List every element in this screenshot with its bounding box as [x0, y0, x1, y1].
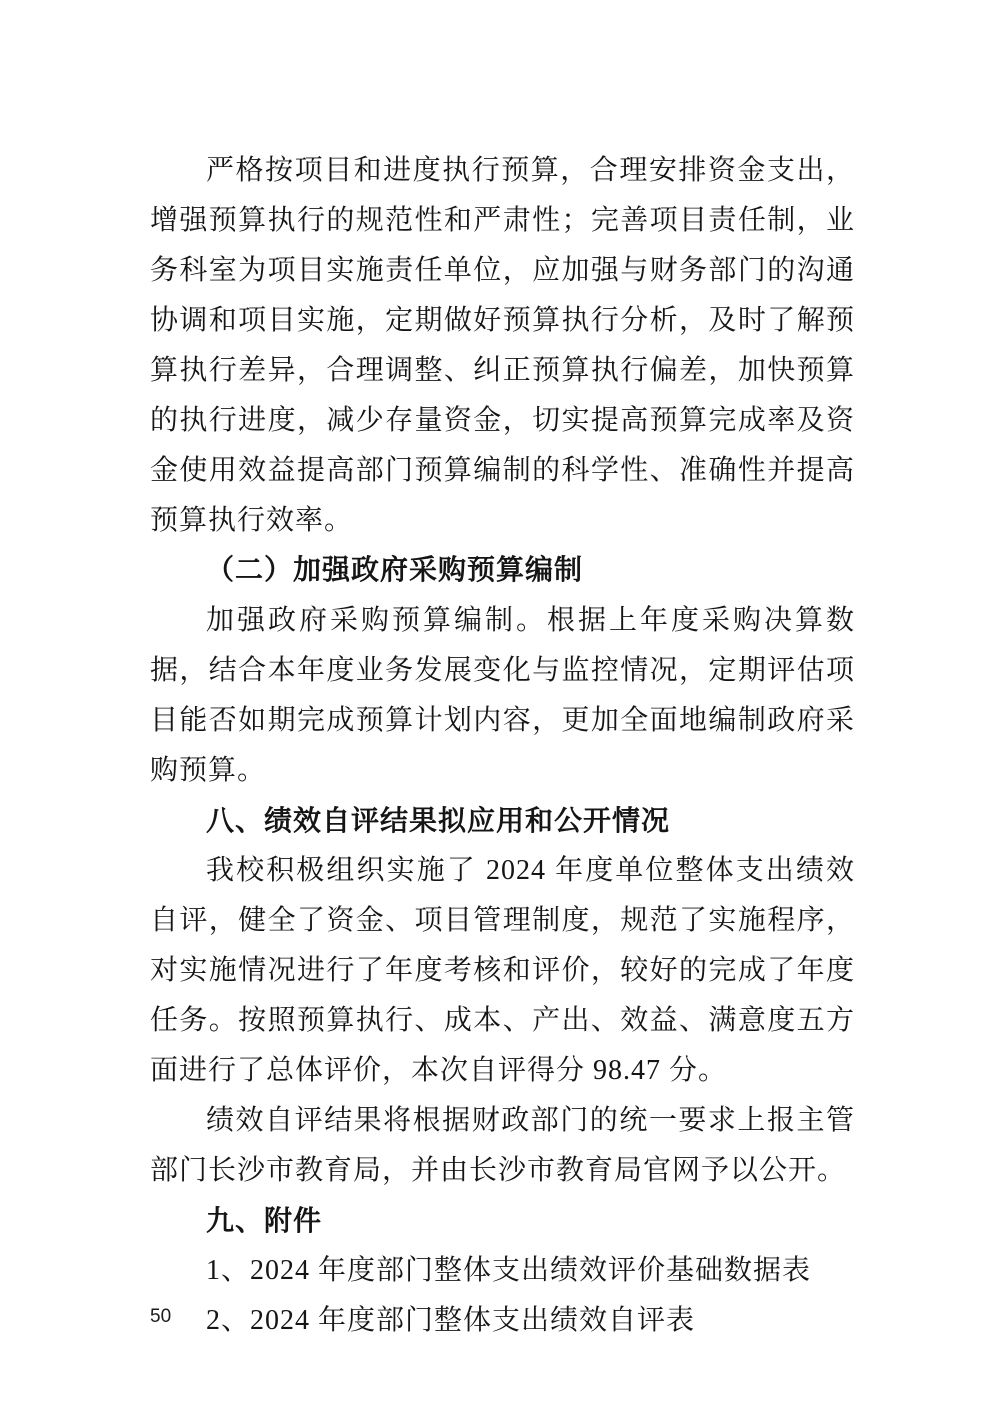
body-paragraph-self-evaluation-score: 我校积极组织实施了 2024 年度单位整体支出绩效自评，健全了资金、项目管理制度… — [150, 846, 855, 1096]
document-page: 严格按项目和进度执行预算，合理安排资金支出，增强预算执行的规范性和严肃性；完善项… — [0, 0, 1000, 1414]
body-paragraph-procurement-budget: 加强政府采购预算编制。根据上年度采购决算数据，结合本年度业务发展变化与监控情况，… — [150, 596, 855, 796]
attachment-item-basic-data-table: 1、2024 年度部门整体支出绩效评价基础数据表 — [150, 1246, 855, 1296]
body-paragraph-result-publication: 绩效自评结果将根据财政部门的统一要求上报主管部门长沙市教育局，并由长沙市教育局官… — [150, 1096, 855, 1196]
section-heading-strengthen-procurement-budget: （二）加强政府采购预算编制 — [150, 546, 855, 596]
section-heading-self-evaluation-results: 八、绩效自评结果拟应用和公开情况 — [150, 796, 855, 846]
attachment-item-self-evaluation-table: 2、2024 年度部门整体支出绩效自评表 — [150, 1296, 855, 1346]
page-content: 严格按项目和进度执行预算，合理安排资金支出，增强预算执行的规范性和严肃性；完善项… — [150, 146, 855, 1346]
section-heading-attachments: 九、附件 — [150, 1196, 855, 1246]
body-paragraph-budget-execution: 严格按项目和进度执行预算，合理安排资金支出，增强预算执行的规范性和严肃性；完善项… — [150, 146, 855, 546]
page-number: 50 — [150, 1306, 171, 1328]
